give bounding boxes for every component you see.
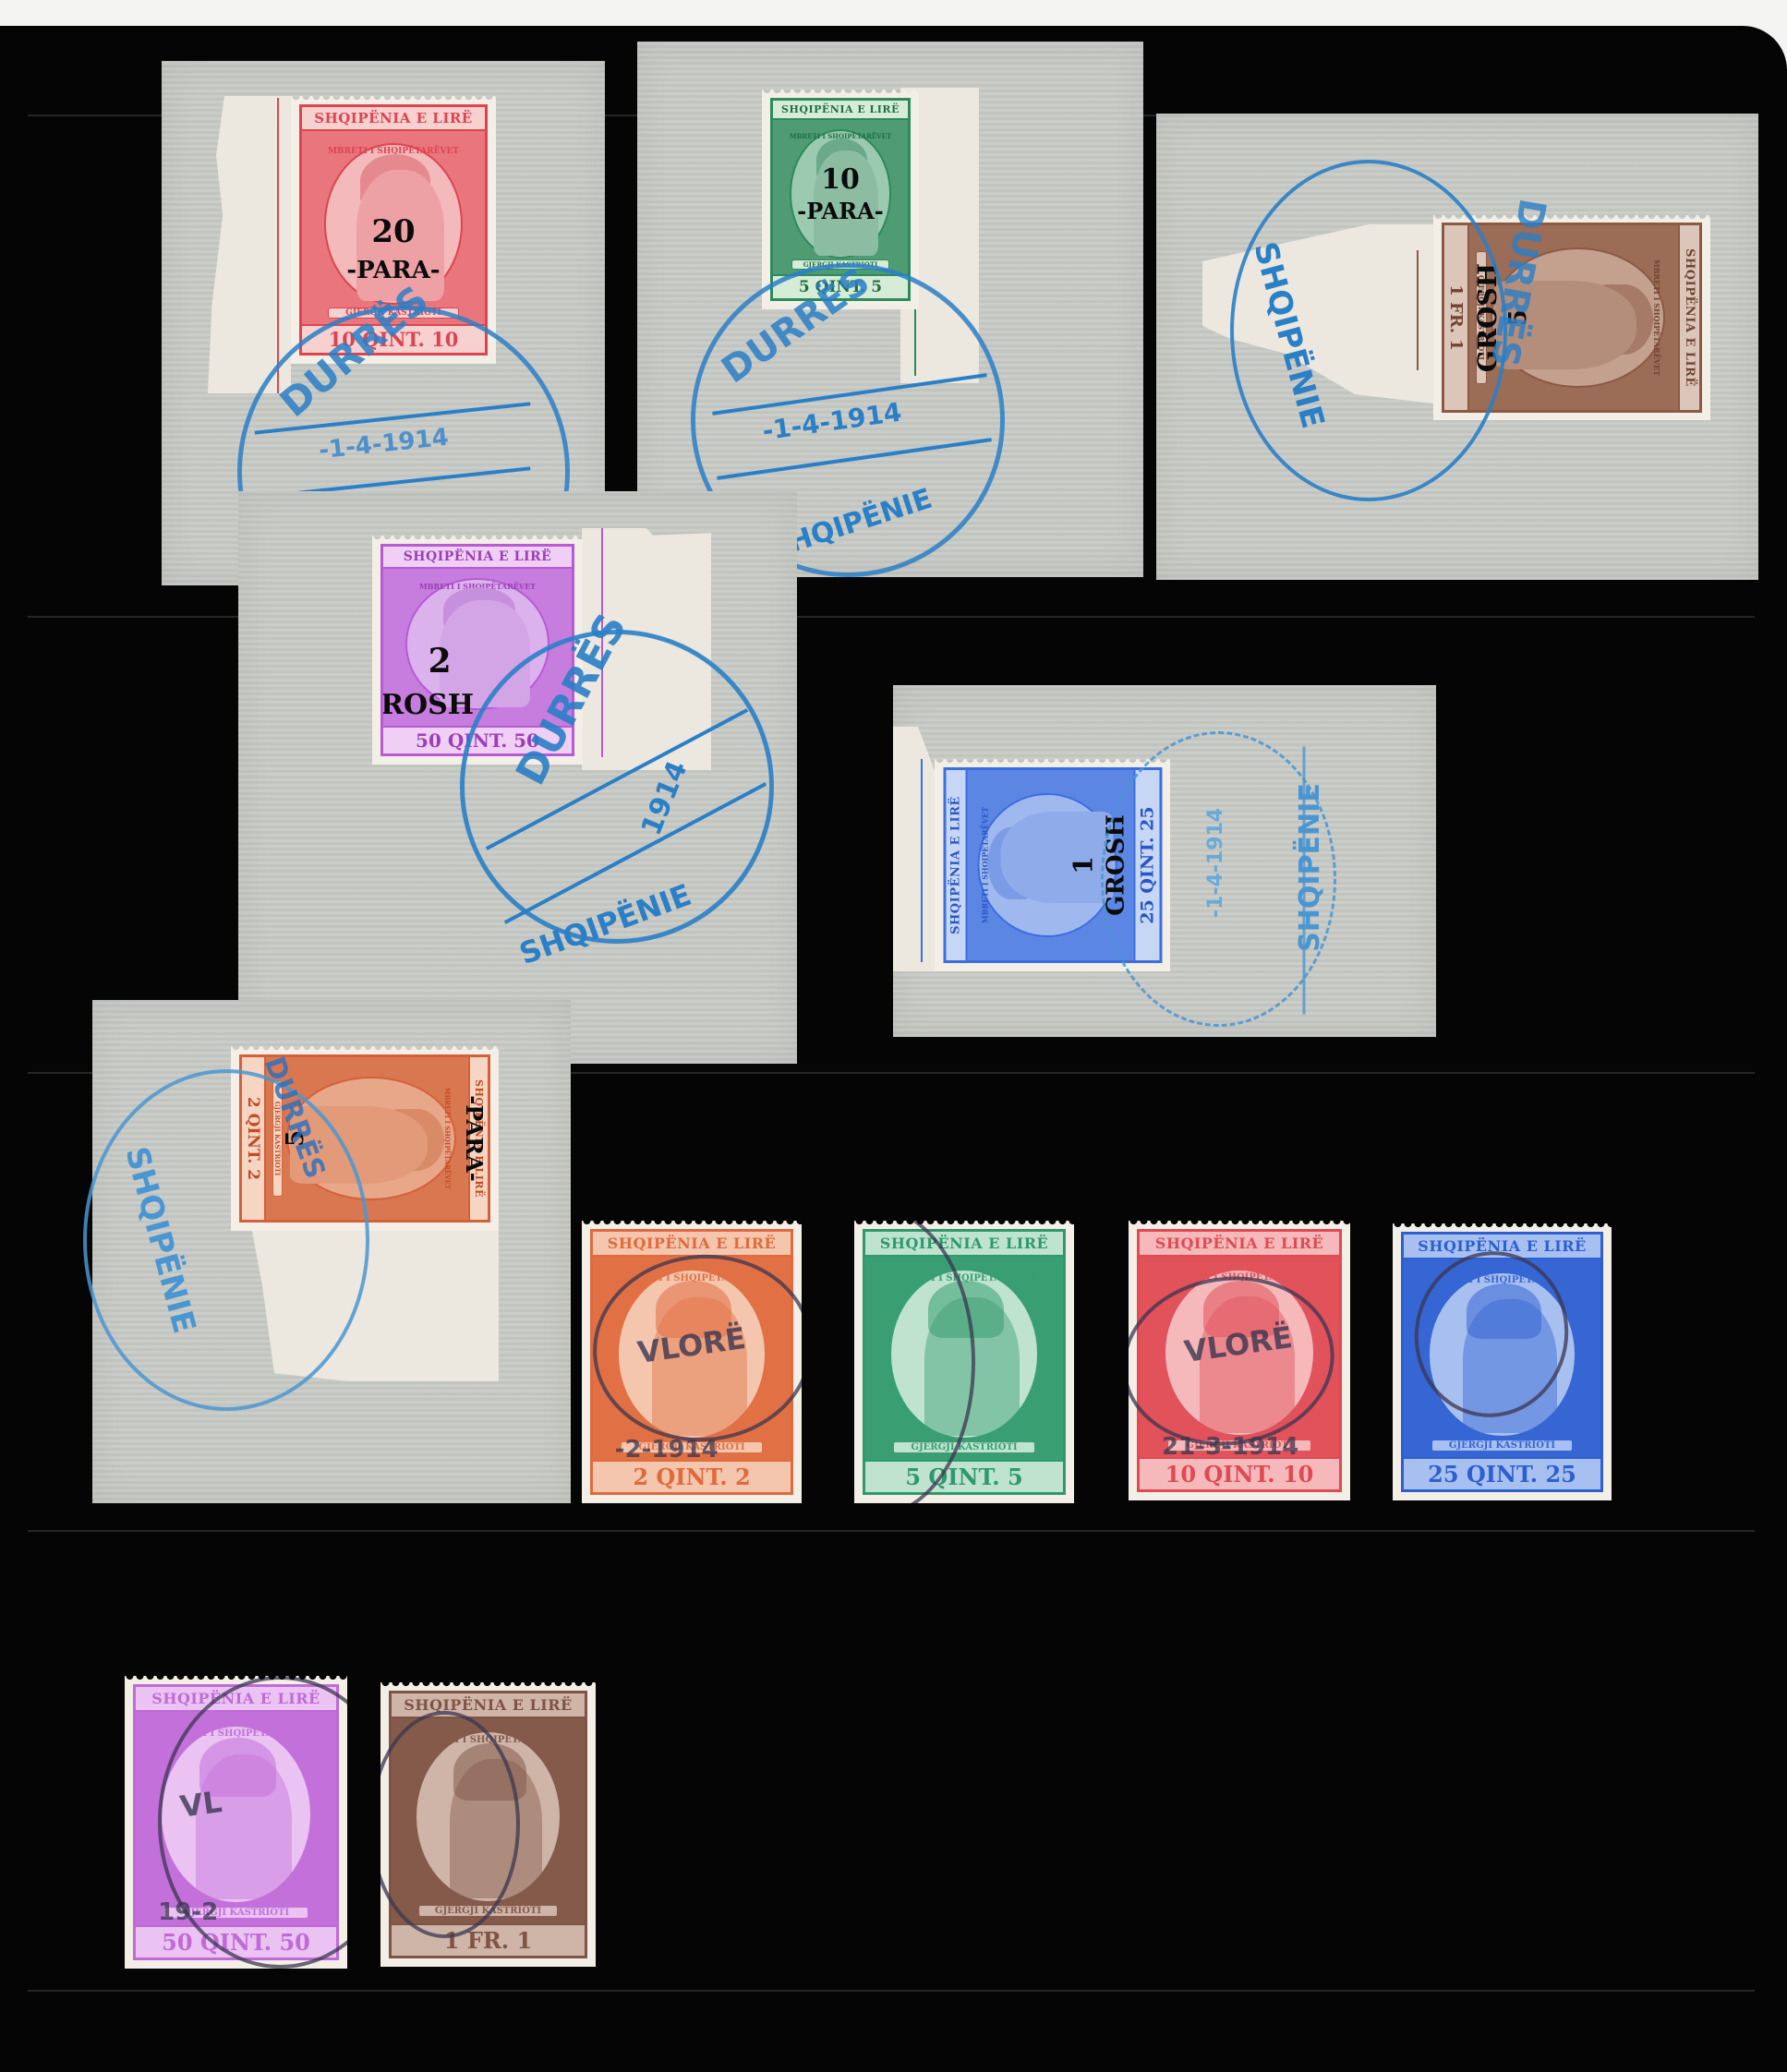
loose-stamp-1fr[interactable]: SHQIPËNIA E LIRË MBRETI I SHQIPËTARËVET … <box>380 1682 596 1967</box>
portrait-banner: GJERGJI KASTRIOTI <box>1431 1440 1573 1452</box>
stamp-country-label: SHQIPËNIA E LIRË <box>1678 225 1699 410</box>
stamp-country-label: SHQIPËNIA E LIRË <box>392 1693 585 1718</box>
postmark-town: VL <box>178 1784 224 1825</box>
postmark-circle <box>83 1069 369 1411</box>
loose-stamp-5q[interactable]: SHQIPËNIA E LIRË MBRETI I SHQIPËTARËVET … <box>854 1221 1074 1503</box>
postmark-date: -1-4-1914 <box>1204 808 1227 918</box>
postmark-date: -2-1914 <box>615 1436 718 1464</box>
margin-line <box>921 759 923 962</box>
stamp-country-label: SHQIPËNIA E LIRË <box>1140 1232 1339 1257</box>
piece-5-grosh-on-1fr[interactable]: SHQIPËNIA E LIRË MBRETI I SHQIPËTARËVET … <box>1156 114 1758 580</box>
loose-stamp-50q[interactable]: SHQIPËNIA E LIRË MBRETI I SHQIPËTARËVET … <box>125 1676 347 1969</box>
loose-stamp-10q[interactable]: SHQIPËNIA E LIRË MBRETI I SHQIPËTARËVET … <box>1129 1221 1350 1500</box>
stamp-denomination: 2 QINT. 2 <box>593 1460 791 1492</box>
stamp-vignette: MBRETI I SHQIPËTARËVET GJERGJI KASTRIOTI… <box>773 120 908 274</box>
sheet-margin <box>893 727 935 971</box>
surcharge-value: 20 <box>302 216 485 247</box>
stamp-denomination: 25 QINT. 25 <box>1404 1457 1600 1489</box>
postmark-country: SHQIPËNIE <box>1294 783 1326 952</box>
stamp-country-label: SHQIPËNIA E LIRË <box>593 1232 791 1257</box>
stamp-country-label: SHQIPËNIA E LIRË <box>946 770 967 960</box>
surcharge-unit: -PARA- <box>302 259 485 283</box>
piece-1-grosh-on-25q[interactable]: SHQIPËNIA E LIRË MBRETI I SHQIPËTARËVET … <box>893 685 1436 1037</box>
postmark-date: 21-3-1914 <box>1162 1433 1298 1461</box>
margin-line <box>277 98 279 393</box>
surcharge-value: 10 <box>773 166 908 194</box>
stamp-country-label: SHQIPËNIA E LIRË <box>302 107 485 131</box>
surcharge-value: 1 <box>1070 770 1096 960</box>
loose-stamp-2q[interactable]: SHQIPËNIA E LIRË MBRETI I SHQIPËTARËVET … <box>582 1221 802 1503</box>
stamp-country-label: SHQIPËNIA E LIRË <box>383 547 572 569</box>
strip-divider <box>28 1990 1755 1992</box>
postmark-circle <box>460 630 774 944</box>
piece-5-para-on-2q[interactable]: SHQIPËNIA E LIRË MBRETI I SHQIPËTARËVET … <box>92 1000 571 1503</box>
piece-2-grosh-on-50q[interactable]: SHQIPËNIA E LIRË MBRETI I SHQIPËTARËVET … <box>238 491 797 1064</box>
stamp-country-label: SHQIPËNIA E LIRË <box>773 101 908 120</box>
stamp-denomination: 10 QINT. 10 <box>1140 1457 1339 1489</box>
medallion-inscription: MBRETI I SHQIPËTARËVET <box>1652 225 1661 410</box>
medallion-inscription: MBRETI I SHQIPËTARËVET <box>443 1057 452 1220</box>
surcharge-unit: -PARA- <box>773 200 908 223</box>
strip-divider <box>28 1530 1755 1532</box>
loose-stamp-25q[interactable]: SHQIPËNIA E LIRË MBRETI I SHQIPËTARËVET … <box>1393 1223 1612 1500</box>
surcharge-unit: -PARA- <box>463 1054 485 1223</box>
postmark-date: 19-2 <box>158 1898 218 1926</box>
